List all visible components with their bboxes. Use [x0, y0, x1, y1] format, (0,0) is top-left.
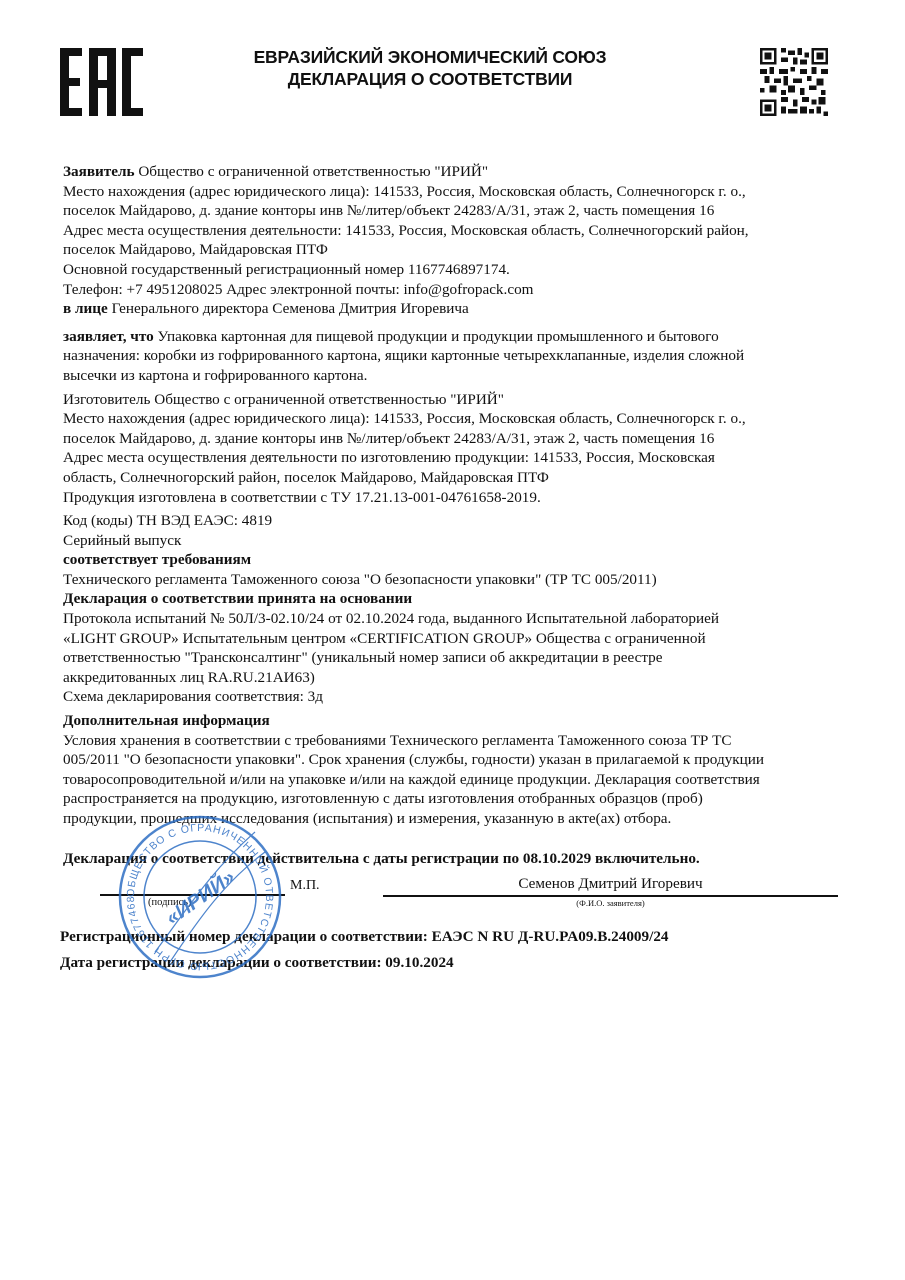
additional-heading: Дополнительная информация	[63, 712, 270, 729]
qr-code-icon[interactable]	[760, 46, 828, 118]
additional-line-3: товаросопроводительной и/или на упаковке…	[63, 770, 843, 790]
manufacturer-line-3: поселок Майдарово, д. здание конторы инв…	[63, 429, 843, 449]
represented-label: в лице	[63, 300, 108, 317]
applicant-section: Заявитель Общество с ограниченной ответс…	[63, 162, 843, 319]
registration-date: Дата регистрации декларации о соответств…	[60, 954, 454, 972]
signature-caption: (подпись)	[148, 897, 192, 908]
applicant-activity-address-1: Адрес места осуществления деятельности: …	[63, 221, 843, 241]
validity-statement: Декларация о соответствии действительна …	[63, 850, 700, 868]
signature-line	[100, 894, 285, 896]
additional-line-4: распространяется на продукцию, изготовле…	[63, 789, 843, 809]
manufacturer-line-2: Место нахождения (адрес юридического лиц…	[63, 409, 843, 429]
applicant-legal-address-1: Место нахождения (адрес юридического лиц…	[63, 182, 843, 202]
manufacturer-section: Изготовитель Общество с ограниченной отв…	[63, 390, 843, 508]
product-line-2: назначения: коробки из гофрированного ка…	[63, 346, 843, 366]
stamp-outer-text: ОБЩЕСТВО С ОГРАНИЧЕННОЙ ОТВЕТСТВЕННОСТЬЮ…	[115, 812, 275, 972]
basis-line-2: «LIGHT GROUP» Испытательным центром «CER…	[63, 629, 843, 649]
product-line-1: Упаковка картонная для пищевой продукции…	[154, 328, 719, 345]
applicant-name: Общество с ограниченной ответственностью…	[135, 163, 489, 180]
applicant-label: Заявитель	[63, 163, 135, 180]
applicant-legal-address-2: поселок Майдарово, д. здание конторы инв…	[63, 201, 843, 221]
release-type: Серийный выпуск	[63, 531, 843, 551]
tn-ved-code: Код (коды) ТН ВЭД ЕАЭС: 4819	[63, 511, 843, 531]
basis-line-3: ответственностью "Трансконсалтинг" (уник…	[63, 648, 843, 668]
product-section: заявляет, что Упаковка картонная для пищ…	[63, 327, 843, 386]
manufacturer-line-6: Продукция изготовлена в соответствии с Т…	[63, 488, 843, 508]
declaration-scheme: Схема декларирования соответствия: 3д	[63, 687, 843, 707]
additional-line-2: 005/2011 "О безопасности упаковки". Срок…	[63, 750, 843, 770]
declaration-body: Заявитель Общество с ограниченной ответс…	[63, 162, 843, 829]
signer-name-line	[383, 895, 838, 897]
basis-line-4: аккредитованных лиц RA.RU.21АИ63)	[63, 668, 843, 688]
seal-placeholder-label: М.П.	[290, 878, 320, 894]
product-line-3: высечки из картона и гофрированного карт…	[63, 366, 843, 386]
title-declaration: ДЕКЛАРАЦИЯ О СООТВЕТСТВИИ	[200, 68, 660, 90]
svg-text:ОБЩЕСТВО С ОГРАНИЧЕННОЙ ОТВЕТС: ОБЩЕСТВО С ОГРАНИЧЕННОЙ ОТВЕТСТВЕННОСТЬЮ…	[115, 812, 275, 972]
manufacturer-line-4: Адрес места осуществления деятельности п…	[63, 448, 843, 468]
additional-line-5: продукции, прошедших исследования (испыт…	[63, 809, 843, 829]
title-union: ЕВРАЗИЙСКИЙ ЭКОНОМИЧЕСКИЙ СОЮЗ	[200, 46, 660, 68]
basis-line-1: Протокола испытаний № 50Л/3-02.10/24 от …	[63, 609, 843, 629]
applicant-contacts: Телефон: +7 4951208025 Адрес электронной…	[63, 280, 843, 300]
document-title: ЕВРАЗИЙСКИЙ ЭКОНОМИЧЕСКИЙ СОЮЗ ДЕКЛАРАЦИ…	[200, 46, 660, 90]
registration-number: Регистрационный номер декларации о соотв…	[60, 928, 669, 946]
signer-name: Семенов Дмитрий Игоревич	[383, 875, 838, 893]
manufacturer-line-1: Изготовитель Общество с ограниченной отв…	[63, 390, 843, 410]
represented-by: Генерального директора Семенова Дмитрия …	[108, 300, 469, 317]
manufacturer-line-5: область, Солнечногорский район, поселок …	[63, 468, 843, 488]
eac-logo-icon	[58, 46, 144, 118]
requirements-heading: соответствует требованиям	[63, 551, 251, 568]
applicant-activity-address-2: поселок Майдарово, Майдаровская ПТФ	[63, 240, 843, 260]
basis-heading: Декларация о соответствии принята на осн…	[63, 590, 412, 607]
applicant-ogrn: Основной государственный регистрационный…	[63, 260, 843, 280]
declares-label: заявляет, что	[63, 328, 154, 345]
additional-line-1: Условия хранения в соответствии с требов…	[63, 731, 843, 751]
signer-caption: (Ф.И.О. заявителя)	[383, 898, 838, 908]
requirements-text: Технического регламента Таможенного союз…	[63, 570, 843, 590]
